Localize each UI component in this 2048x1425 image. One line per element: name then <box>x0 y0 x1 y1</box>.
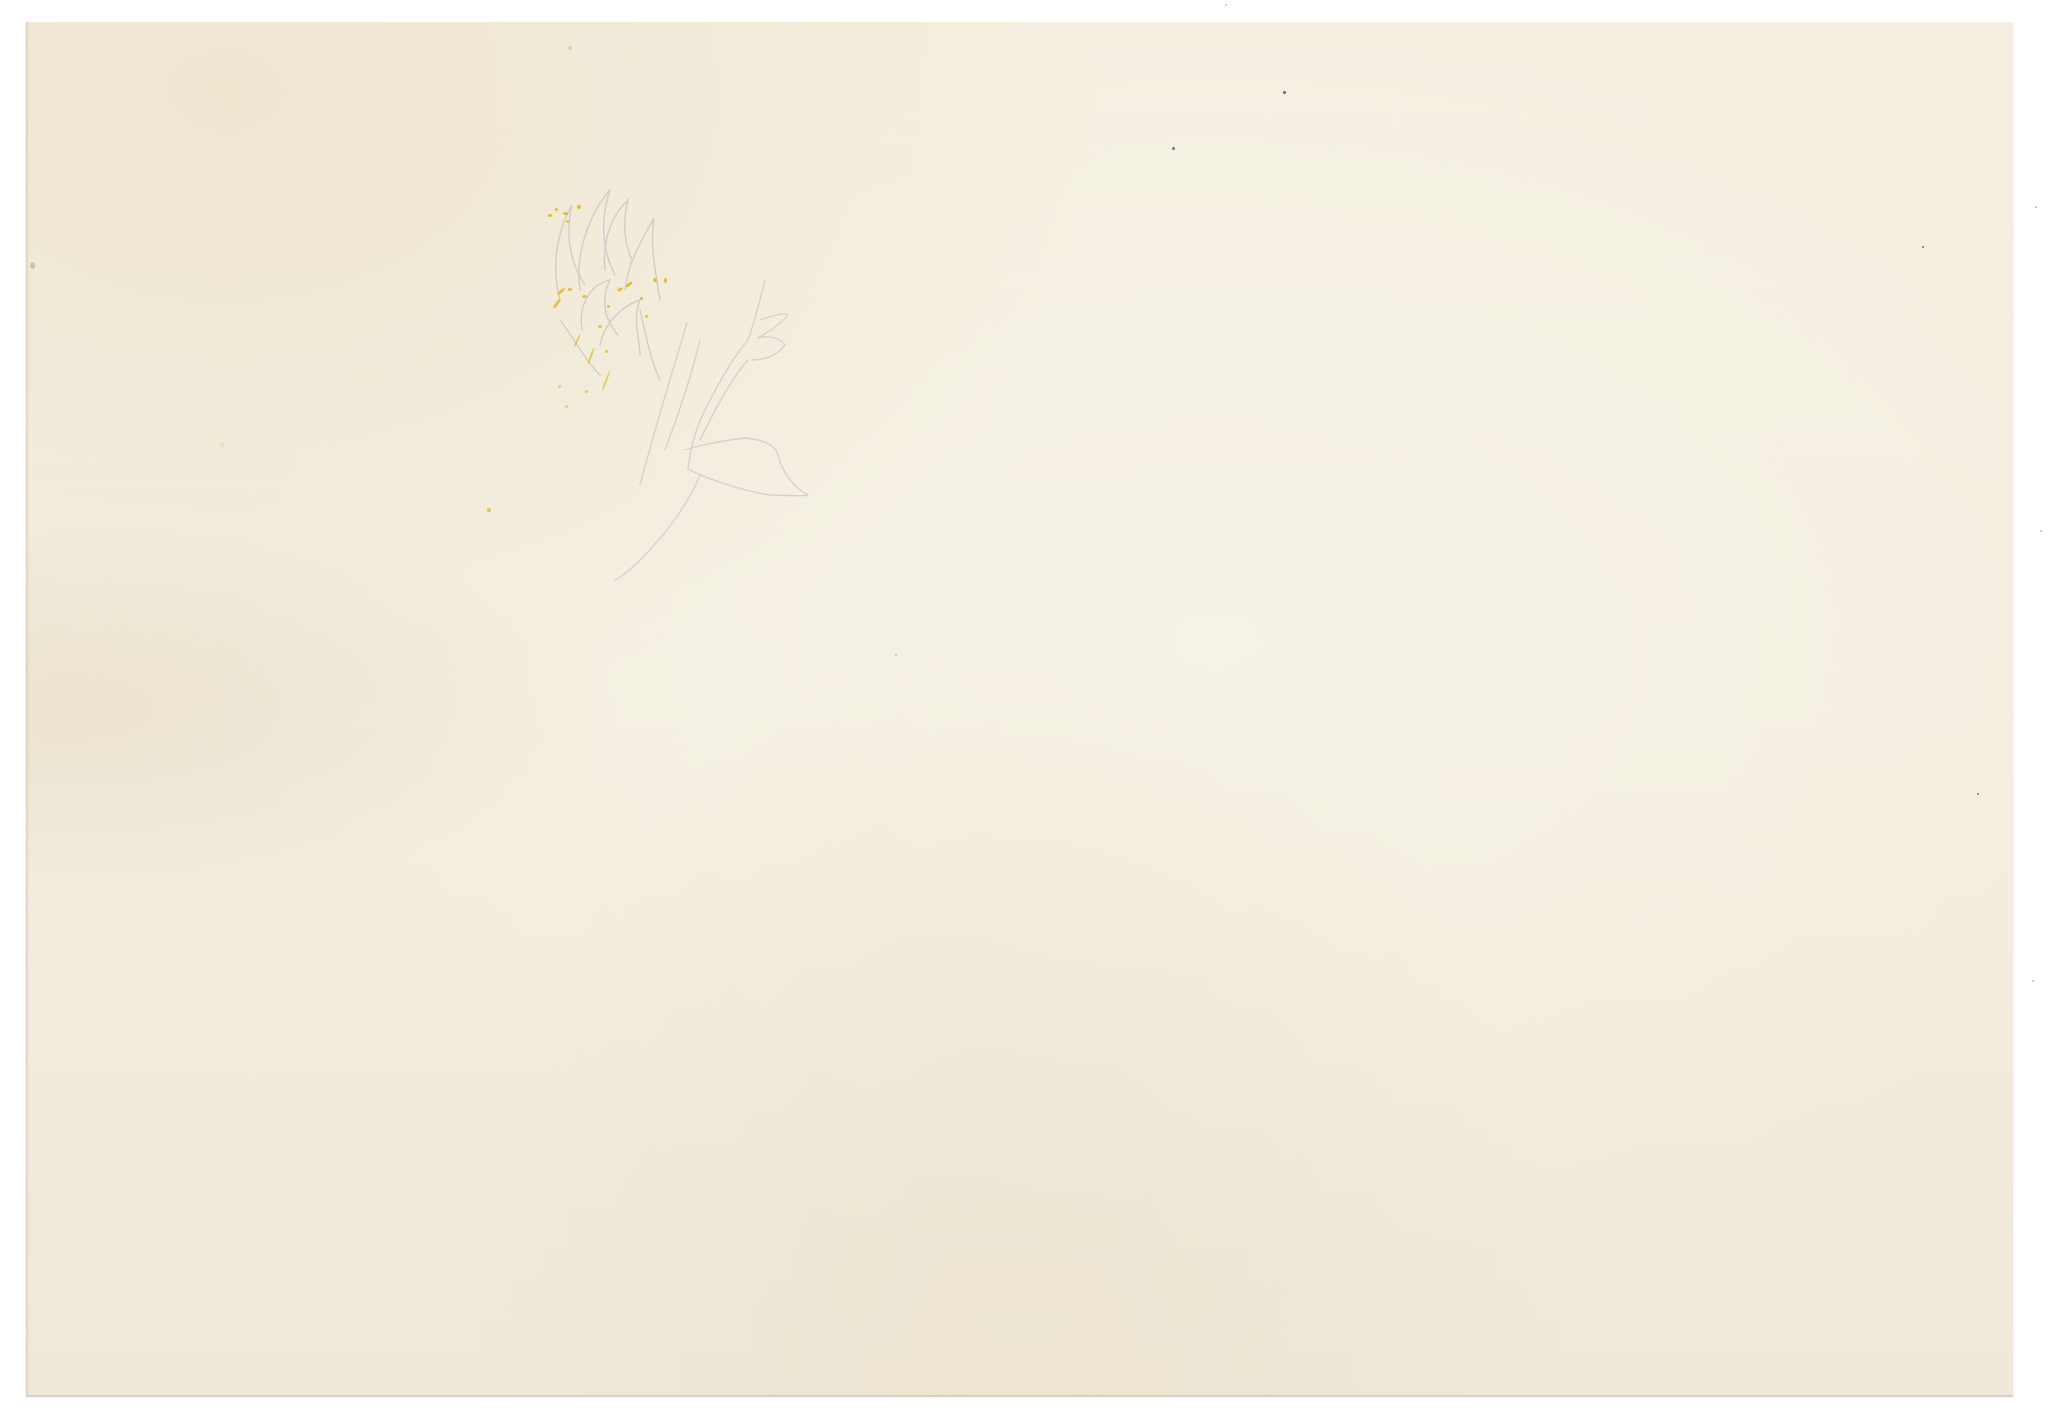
paper-sheet <box>26 22 2013 1395</box>
scan-background <box>0 0 2048 1425</box>
paper-edge <box>26 22 29 1395</box>
